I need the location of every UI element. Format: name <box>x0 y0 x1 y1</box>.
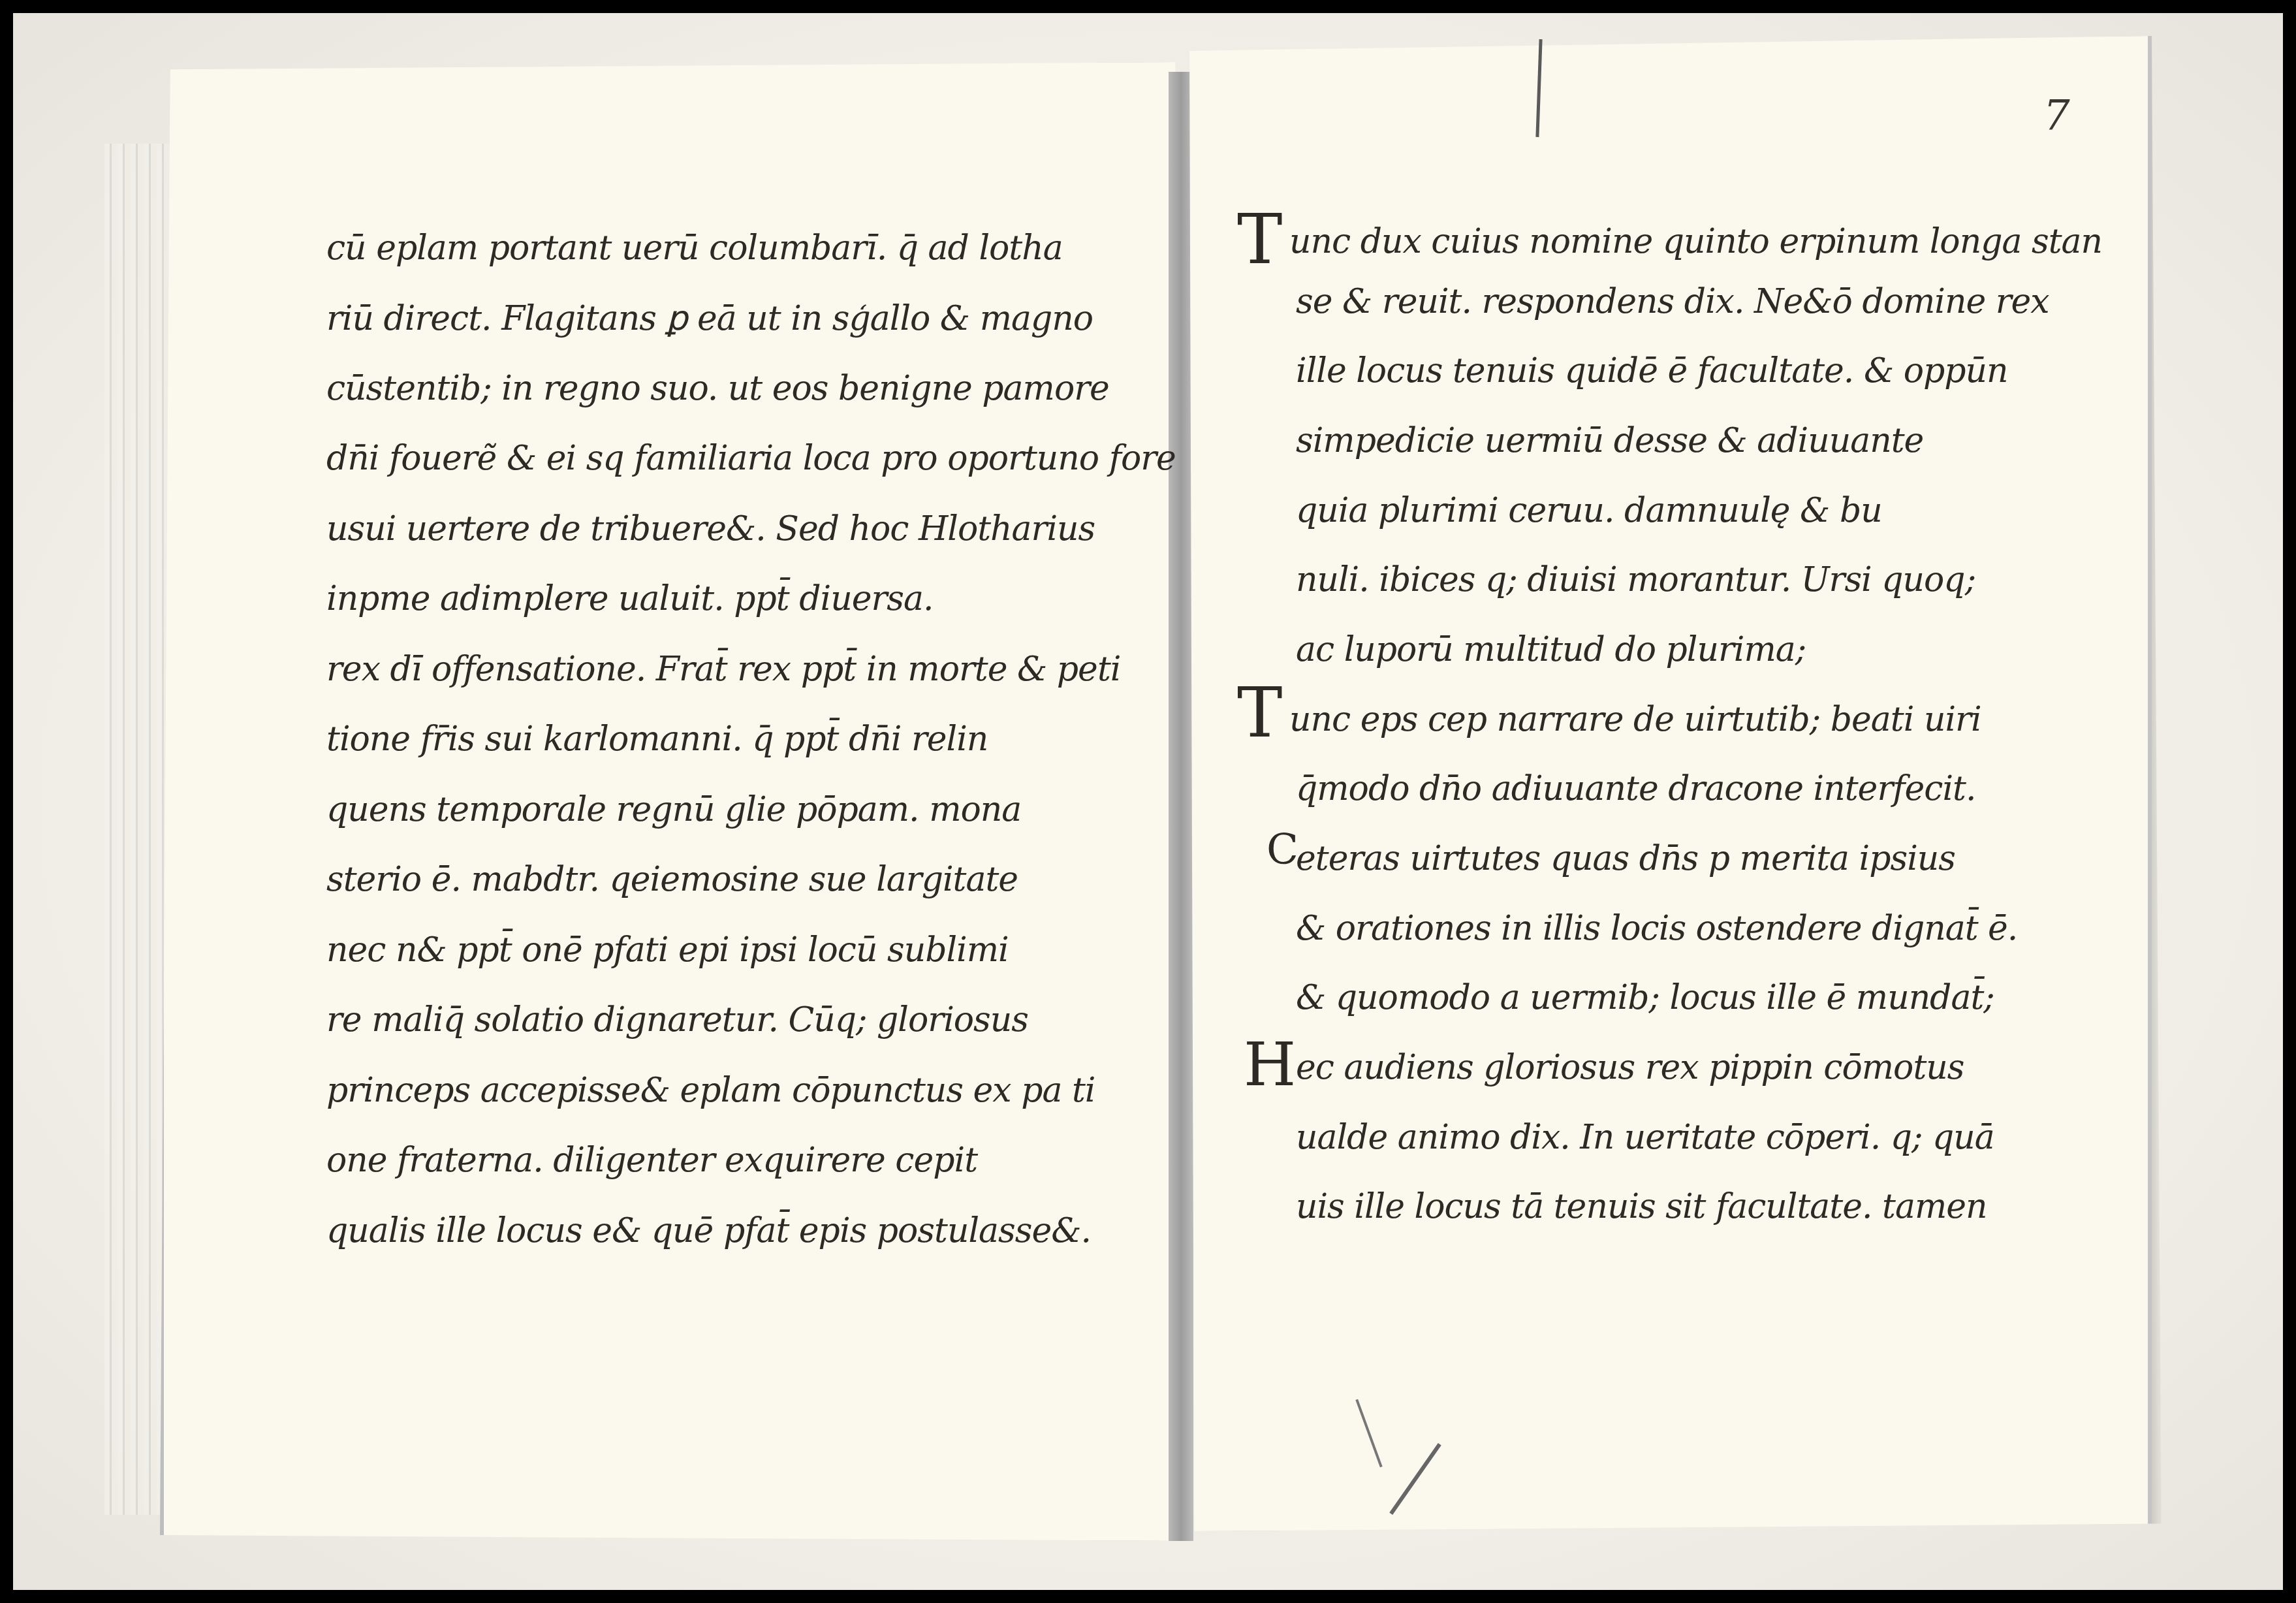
manuscript-line: qualis ille locus e& quē pfat̄ epis post… <box>326 1211 1091 1250</box>
manuscript-line: ille locus tenuis quidē ē facultate. & o… <box>1296 351 2008 390</box>
manuscript-line: unc eps cep narrare de uirtutib; beati u… <box>1289 700 1981 739</box>
manuscript-line: eteras uirtutes quas dn̄s p merita ipsiu… <box>1296 839 1955 878</box>
manuscript-line: simpedicie uermiū desse & adiuuante <box>1296 421 1923 460</box>
manuscript-line: inpme adimplere ualuit. ppt̄ diuersa. <box>326 579 934 618</box>
initial-letter: T <box>1237 679 1282 747</box>
folio-number: 7 <box>2043 91 2070 140</box>
manuscript-line: nuli. ibices q; diuisi morantur. Ursi qu… <box>1296 560 1975 599</box>
manuscript-line: & quomodo a uermib; locus ille ē mundat̄… <box>1296 978 1994 1017</box>
manuscript-line: quens temporale regnū glie pōpam. mona <box>326 790 1021 829</box>
manuscript-line: cū eplam portant uerū columbarī. q̄ ad l… <box>326 229 1063 268</box>
manuscript-line: one fraterna. diligenter exquirere cepit <box>326 1141 977 1180</box>
manuscript-line: dn̄i fouerẽ & ei sq familiaria loca pro … <box>326 439 1176 478</box>
manuscript-line: se & reuit. respondens dix. Ne&ō domine … <box>1296 282 2049 321</box>
initial-letter: T <box>1237 206 1282 274</box>
manuscript-line: sterio ē. mabdtr. qeiemosine sue largita… <box>326 860 1018 899</box>
manuscript-line: ec audiens gloriosus rex pippin cōmotus <box>1296 1048 1964 1087</box>
manuscript-line: nec n& ppt̄ onē pfati epi ipsi locū subl… <box>326 930 1009 970</box>
manuscript-line: uis ille locus tā tenuis sit facultate. … <box>1296 1187 1987 1226</box>
manuscript-line: unc dux cuius nomine quinto erpinum long… <box>1289 222 2102 261</box>
manuscript-line: tione fr̄is sui karlomanni. q̄ ppt̄ dn̄i… <box>326 720 988 759</box>
manuscript-line: rex dī offensatione. Frat̄ rex ppt̄ in m… <box>326 650 1120 689</box>
page-edge-stack <box>104 144 170 1515</box>
manuscript-line: ac luporū multitud do plurima; <box>1296 630 1806 669</box>
manuscript-line: re maliq̄ solatio dignaretur. Cūq; glori… <box>326 1000 1028 1040</box>
manuscript-line: ualde animo dix. In ueritate cōperi. q; … <box>1296 1118 1994 1157</box>
manuscript-line: cūstentib; in regno suo. ut eos benigne … <box>326 369 1109 408</box>
initial-letter: C <box>1266 829 1298 871</box>
manuscript-line: q̄modo dn̄o adiuuante dracone interfecit… <box>1296 769 1975 808</box>
manuscript-line: & orationes in illis locis ostendere dig… <box>1296 909 2017 948</box>
manuscript-line: riū direct. Flagitans ꝑ eā ut in sģallo … <box>326 299 1093 338</box>
initial-letter: H <box>1244 1035 1296 1095</box>
manuscript-line: princeps accepisse& eplam cōpunctus ex p… <box>326 1071 1095 1110</box>
book-gutter <box>1169 72 1193 1541</box>
manuscript-line: quia plurimi ceruu. damnuulę & bu <box>1296 491 1882 530</box>
manuscript-line: usui uertere de tribuere&. Sed hoc Hloth… <box>326 509 1095 548</box>
